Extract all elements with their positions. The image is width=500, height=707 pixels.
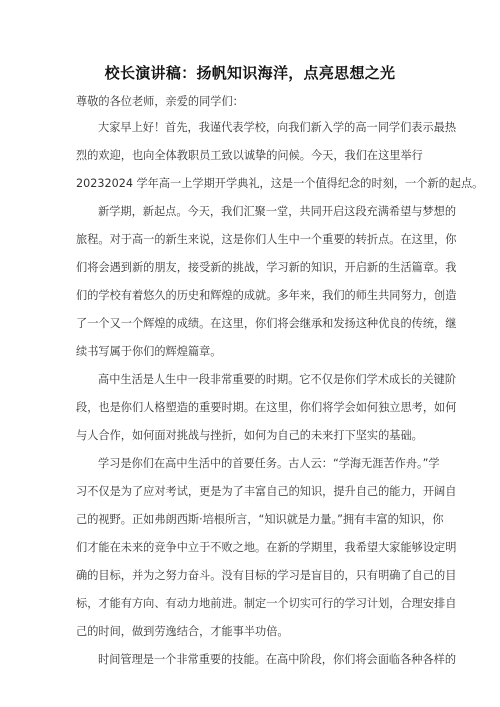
paragraph-line: 们的学校有着悠久的历史和辉煌的成就。多年来，我们的师生共同努力，创造	[76, 282, 428, 310]
paragraph-line: 己的时间，做到劳逸结合，才能事半功倍。	[76, 618, 428, 646]
paragraph-line: 与人合作，如何面对挑战与挫折，如何为自己的未来打下坚实的基础。	[76, 422, 428, 450]
salutation: 尊敬的各位老师，亲爱的同学们：	[76, 90, 428, 114]
paragraph-line: 学习是你们在高中生活中的首要任务。古人云：“学海无涯苦作舟。”学	[76, 450, 428, 478]
paragraph-5: 时间管理是一个非常重要的技能。在高中阶段，你们将会面临各种各样的	[76, 646, 428, 674]
paragraph-1: 大家早上好！首先，我谨代表学校，向我们新入学的高一同学们表示最热 烈的欢迎，也向…	[76, 114, 428, 198]
paragraph-line: 续书写属于你们的辉煌篇章。	[76, 338, 428, 366]
paragraph-line: 己的视野。正如弗朗西斯·培根所言，“知识就是力量。”拥有丰富的知识，你	[76, 506, 428, 534]
paragraph-4: 学习是你们在高中生活中的首要任务。古人云：“学海无涯苦作舟。”学 习不仅是为了应…	[76, 450, 428, 646]
paragraph-line: 们将会遇到新的朋友，接受新的挑战，学习新的知识，开启新的生活篇章。我	[76, 254, 428, 282]
paragraph-line: 习不仅是为了应对考试，更是为了丰富自己的知识，提升自己的能力，开阔自	[76, 478, 428, 506]
document-title: 校长演讲稿：扬帆知识海洋，点亮思想之光	[0, 62, 500, 84]
paragraph-line: 20232024 学年高一上学期开学典礼，这是一个值得纪念的时刻，一个新的起点。	[76, 170, 428, 198]
paragraph-line: 旅程。对于高一的新生来说，这是你们人生中一个重要的转折点。在这里，你	[76, 226, 428, 254]
document-page: 校长演讲稿：扬帆知识海洋，点亮思想之光 尊敬的各位老师，亲爱的同学们： 大家早上…	[0, 0, 500, 707]
paragraph-line: 新学期，新起点。今天，我们汇聚一堂，共同开启这段充满希望与梦想的	[76, 198, 428, 226]
paragraph-line: 们才能在未来的竞争中立于不败之地。在新的学期里，我希望大家能够设定明	[76, 534, 428, 562]
paragraph-line: 大家早上好！首先，我谨代表学校，向我们新入学的高一同学们表示最热	[76, 114, 428, 142]
paragraph-line: 标，才能有方向、有动力地前进。制定一个切实可行的学习计划，合理安排自	[76, 590, 428, 618]
paragraph-line: 高中生活是人生中一段非常重要的时期。它不仅是你们学术成长的关键阶	[76, 366, 428, 394]
paragraph-line: 确的目标，并为之努力奋斗。没有目标的学习是盲目的，只有明确了自己的目	[76, 562, 428, 590]
paragraph-line: 了一个又一个辉煌的成绩。在这里，你们将会继承和发扬这种优良的传统，继	[76, 310, 428, 338]
paragraph-2: 新学期，新起点。今天，我们汇聚一堂，共同开启这段充满希望与梦想的 旅程。对于高一…	[76, 198, 428, 366]
document-body: 尊敬的各位老师，亲爱的同学们： 大家早上好！首先，我谨代表学校，向我们新入学的高…	[76, 90, 428, 674]
paragraph-line: 时间管理是一个非常重要的技能。在高中阶段，你们将会面临各种各样的	[76, 646, 428, 674]
paragraph-3: 高中生活是人生中一段非常重要的时期。它不仅是你们学术成长的关键阶 段，也是你们人…	[76, 366, 428, 450]
paragraph-line: 段，也是你们人格塑造的重要时期。在这里，你们将学会如何独立思考，如何	[76, 394, 428, 422]
paragraph-line: 烈的欢迎，也向全体教职员工致以诚挚的问候。今天，我们在这里举行	[76, 142, 428, 170]
